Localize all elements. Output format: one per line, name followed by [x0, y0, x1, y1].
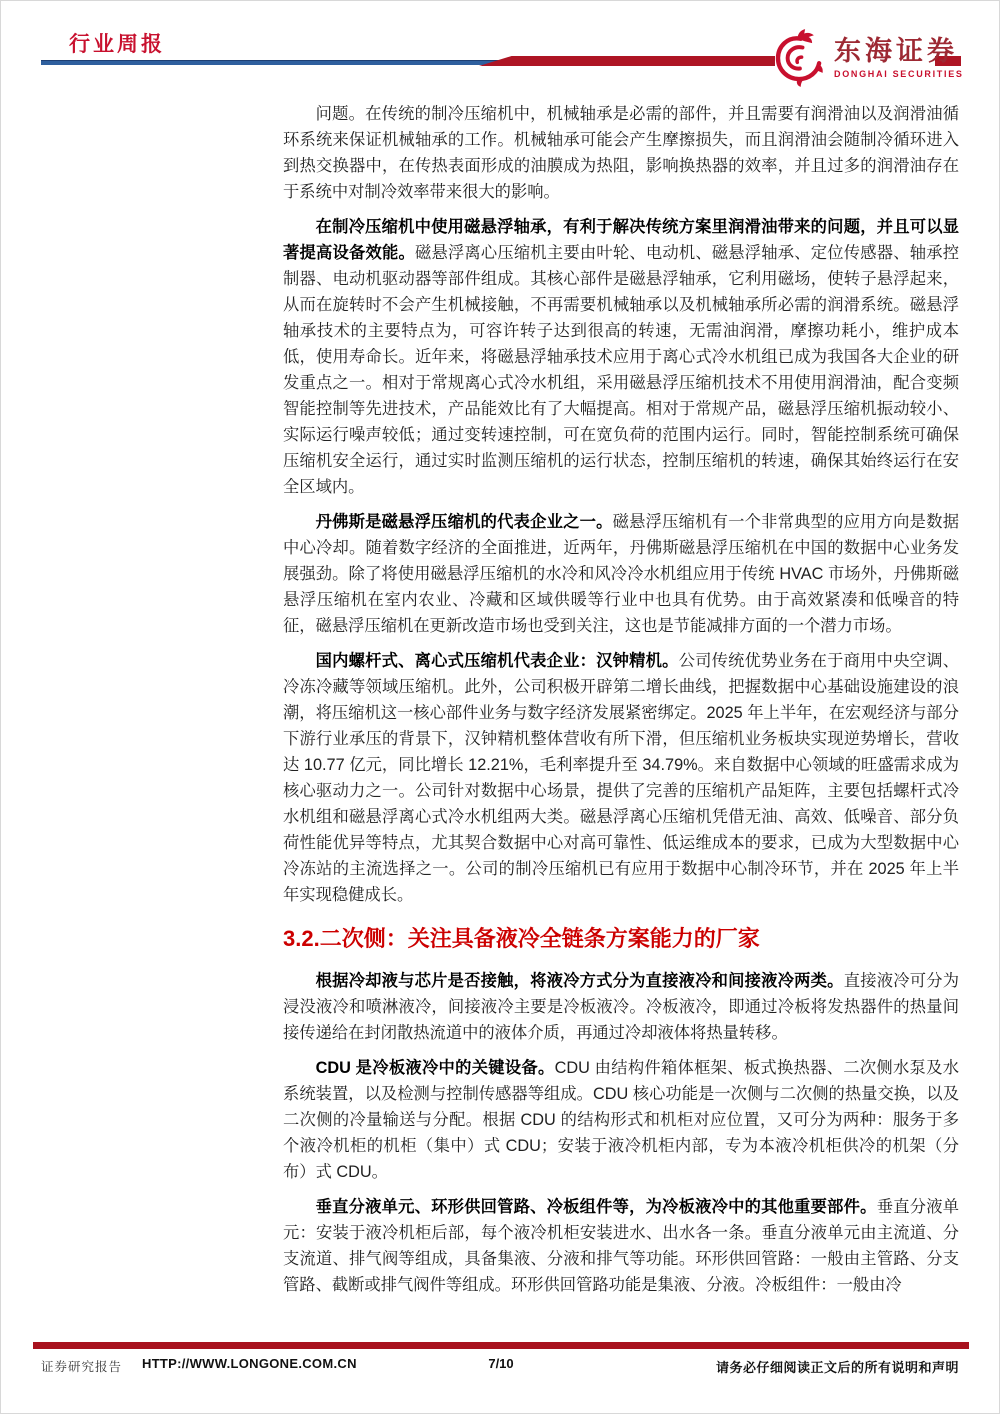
paragraph-text: 磁悬浮离心压缩机主要由叶轮、电动机、磁悬浮轴承、定位传感器、轴承控制器、电动机驱… [283, 244, 959, 496]
paragraph-bold-lead: 丹佛斯是磁悬浮压缩机的代表企业之一。 [316, 513, 613, 531]
dragon-logo-icon [771, 27, 827, 89]
brand-name-cn: 东海证券 [834, 37, 964, 65]
report-body: 问题。在传统的制冷压缩机中，机械轴承是必需的部件，并且需要有润滑油以及润滑油循环… [283, 101, 959, 1307]
paragraph-danfoss: 丹佛斯是磁悬浮压缩机的代表企业之一。磁悬浮压缩机有一个非常典型的应用方向是数据中… [283, 509, 959, 639]
paragraph-bold-lead: CDU 是冷板液冷中的关键设备。 [316, 1059, 555, 1077]
paragraph-liquid-cooling-types: 根据冷却液与芯片是否接触，将液冷方式分为直接液冷和间接液冷两类。直接液冷可分为浸… [283, 968, 959, 1046]
footer-rule [33, 1342, 969, 1349]
footer-url: HTTP://WWW.LONGONE.COM.CN [142, 1356, 357, 1371]
report-page: 行业周报 东海证券 DONGHAI SECURITIES 问题。在传统的制冷压缩… [0, 0, 1000, 1414]
paragraph-hanzhong: 国内螺杆式、离心式压缩机代表企业：汉钟精机。公司传统优势业务在于商用中央空调、冷… [283, 648, 959, 908]
footer-report-label: 证券研究报告 [41, 1357, 122, 1375]
paragraph-text: 公司传统优势业务在于商用中央空调、冷冻冷藏等领域压缩机。此外，公司积极开辟第二增… [283, 652, 959, 904]
brand-text: 东海证券 DONGHAI SECURITIES [834, 37, 964, 78]
paragraph-cdu: CDU 是冷板液冷中的关键设备。CDU 由结构件箱体框架、板式换热器、二次侧水泵… [283, 1055, 959, 1185]
paragraph-bold-lead: 垂直分液单元、环形供回管路、冷板组件等，为冷板液冷中的其他重要部件。 [316, 1198, 877, 1216]
report-type-label: 行业周报 [69, 28, 165, 58]
paragraph-text: 问题。在传统的制冷压缩机中，机械轴承是必需的部件，并且需要有润滑油以及润滑油循环… [283, 105, 959, 201]
brand-name-en: DONGHAI SECURITIES [834, 69, 964, 79]
section-heading-3-2: 3.2.二次侧：关注具备液冷全链条方案能力的厂家 [283, 924, 959, 954]
paragraph-manifold: 垂直分液单元、环形供回管路、冷板组件等，为冷板液冷中的其他重要部件。垂直分液单元… [283, 1194, 959, 1298]
paragraph-maglev-bearing: 在制冷压缩机中使用磁悬浮轴承，有利于解决传统方案里润滑油带来的问题，并且可以显著… [283, 214, 959, 500]
header-rule-red [479, 56, 775, 66]
paragraph-bold-lead: 根据冷却液与芯片是否接触，将液冷方式分为直接液冷和间接液冷两类。 [316, 972, 844, 990]
paragraph-bold-lead: 国内螺杆式、离心式压缩机代表企业：汉钟精机。 [316, 652, 679, 670]
paragraph-intro: 问题。在传统的制冷压缩机中，机械轴承是必需的部件，并且需要有润滑油以及润滑油循环… [283, 101, 959, 205]
header-rule-blue [41, 60, 511, 65]
paragraph-text: 磁悬浮压缩机有一个非常典型的应用方向是数据中心冷却。随着数字经济的全面推进，近两… [283, 513, 959, 635]
footer-disclaimer: 请务必仔细阅读正文后的所有说明和声明 [716, 1357, 959, 1376]
paragraph-text: CDU 由结构件箱体框架、板式换热器、二次侧水泵及水系统装置，以及检测与控制传感… [283, 1059, 959, 1181]
brand-logo: 东海证券 DONGHAI SECURITIES [771, 27, 964, 89]
